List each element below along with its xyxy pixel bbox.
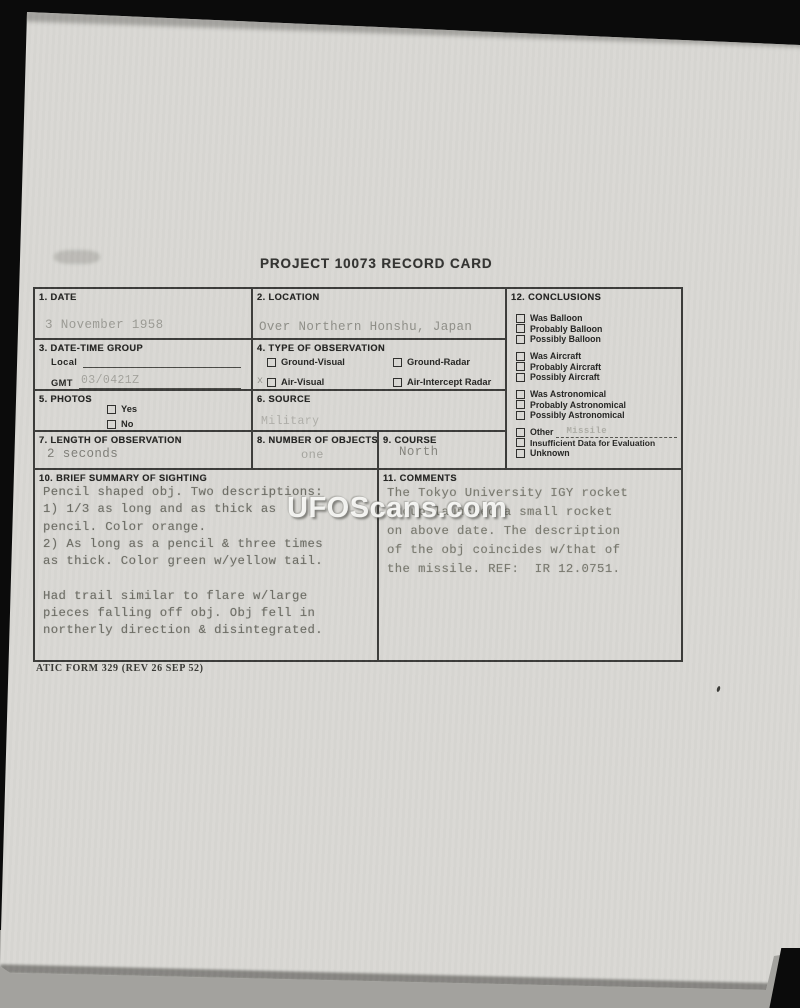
checkbox-icon (267, 378, 276, 387)
option-ground-visual: Ground-Visual (267, 357, 345, 367)
length-label: 7. LENGTH OF OBSERVATION (39, 435, 182, 445)
checkbox-icon (107, 405, 116, 414)
field-course: 9. COURSE North (379, 432, 507, 470)
scanned-photo: PROJECT 10073 RECORD CARD 1. DATE 3 Nove… (0, 0, 800, 1008)
scan-speck (716, 686, 721, 693)
type-label: 4. TYPE OF OBSERVATION (257, 343, 385, 353)
checkbox-icon (516, 449, 525, 458)
checkbox-icon (393, 378, 402, 387)
number-label: 8. NUMBER OF OBJECTS (257, 435, 378, 445)
checkbox-icon (516, 411, 525, 420)
record-card-table: 1. DATE 3 November 1958 2. LOCATION Over… (33, 287, 683, 662)
date-label: 1. DATE (39, 292, 77, 302)
option-air-intercept-radar: Air-Intercept Radar (393, 377, 491, 387)
form-number: ATIC FORM 329 (REV 26 SEP 52) (36, 663, 204, 674)
summary-label: 10. BRIEF SUMMARY OF SIGHTING (39, 473, 207, 483)
date-value: 3 November 1958 (45, 318, 164, 332)
number-value: one (301, 448, 324, 462)
other-fill-line: Missile (556, 427, 677, 438)
course-value: North (399, 445, 439, 459)
paper-top-edge-shadow (0, 8, 800, 47)
checkbox-icon (267, 358, 276, 367)
field-date-time-group: 3. DATE-TIME GROUP Local GMT 03/0421Z (35, 340, 253, 391)
field-length-of-observation: 7. LENGTH OF OBSERVATION 2 seconds (35, 432, 253, 470)
checkbox-icon (516, 352, 525, 361)
checkbox-icon (516, 335, 525, 344)
field-number-of-objects: 8. NUMBER OF OBJECTS one (253, 432, 379, 470)
conclusion-option: Possibly Balloon (516, 334, 677, 345)
gmt-value: 03/0421Z (81, 374, 139, 387)
conclusion-option: Probably Astronomical (516, 400, 677, 411)
location-value: Over Northern Honshu, Japan (259, 320, 472, 334)
air-visual-check-mark: x (257, 376, 263, 387)
location-label: 2. LOCATION (257, 292, 320, 302)
local-fill-line (83, 350, 241, 368)
option-air-visual: Air-Visual (267, 377, 324, 387)
local-label: Local (51, 357, 77, 367)
other-label: Other (530, 427, 553, 437)
length-value: 2 seconds (47, 447, 118, 461)
conclusion-option: Was Aircraft (516, 351, 677, 362)
conclusion-option: Possibly Aircraft (516, 372, 677, 383)
conclusion-option: Was Balloon (516, 313, 677, 324)
checkbox-icon (516, 438, 525, 447)
checkbox-icon (516, 373, 525, 382)
other-value: Missile (566, 426, 607, 436)
card-title: PROJECT 10073 RECORD CARD (260, 256, 560, 271)
conclusion-option-other: Other Missile (516, 427, 677, 438)
gmt-label: GMT (51, 378, 73, 388)
conclusions-list: Was Balloon Probably Balloon Possibly Ba… (516, 313, 677, 459)
photos-label: 5. PHOTOS (39, 394, 92, 404)
comments-label: 11. COMMENTS (383, 473, 457, 483)
conclusion-option: Probably Balloon (516, 324, 677, 335)
field-conclusions: 12. CONCLUSIONS Was Balloon Probably Bal… (507, 289, 683, 470)
conclusion-option: Probably Aircraft (516, 362, 677, 373)
checkbox-icon (516, 362, 525, 371)
checkbox-icon (516, 390, 525, 399)
option-photos-yes: Yes (107, 404, 137, 414)
scan-smudge (54, 250, 100, 264)
source-label: 6. SOURCE (257, 394, 311, 404)
field-date: 1. DATE 3 November 1958 (35, 289, 253, 340)
checkbox-icon (516, 324, 525, 333)
conclusion-option: Was Astronomical (516, 389, 677, 400)
course-label: 9. COURSE (383, 435, 437, 445)
conclusion-option: Insufficient Data for Evaluation (516, 438, 677, 449)
conclusions-label: 12. CONCLUSIONS (511, 292, 601, 302)
option-photos-no: No (107, 419, 133, 429)
checkbox-icon (107, 420, 116, 429)
checkbox-icon (516, 314, 525, 323)
watermark-text: UFOScans.com (287, 492, 507, 525)
summary-text: Pencil shaped obj. Two descriptions: 1) … (43, 484, 323, 640)
field-type-of-observation: 4. TYPE OF OBSERVATION Ground-Visual Gro… (253, 340, 507, 391)
field-location: 2. LOCATION Over Northern Honshu, Japan (253, 289, 507, 340)
option-ground-radar: Ground-Radar (393, 357, 470, 367)
field-photos: 5. PHOTOS Yes No (35, 391, 253, 432)
field-source: 6. SOURCE Military (253, 391, 507, 432)
conclusion-option: Unknown (516, 448, 677, 459)
source-value: Military (261, 415, 319, 428)
conclusion-option: Possibly Astronomical (516, 410, 677, 421)
checkbox-icon (516, 428, 525, 437)
checkbox-icon (393, 358, 402, 367)
checkbox-icon (516, 400, 525, 409)
